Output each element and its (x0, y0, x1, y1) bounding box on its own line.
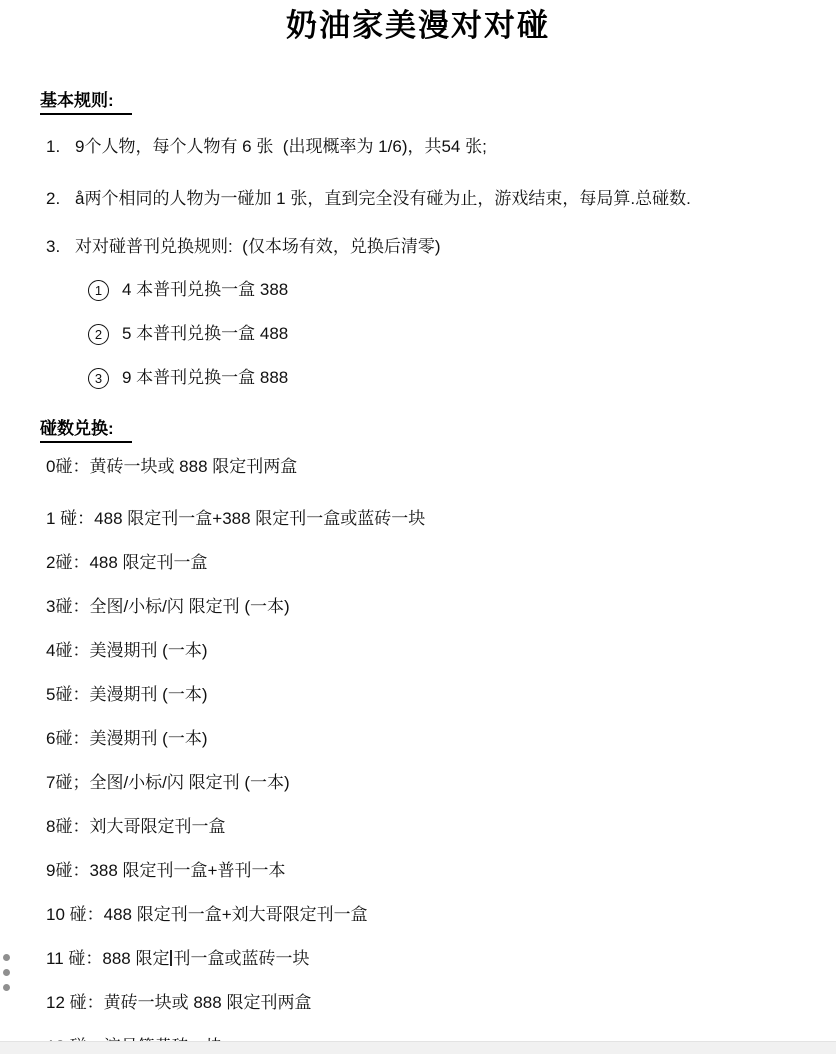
sub-item-text: 4 本普刊兑换一盒 388 (122, 278, 288, 302)
basic-rule-item-3: 3. 对对碰普刊兑换规则: (仅本场有效，兑换后清零) (46, 236, 836, 258)
bump-row-0: 0碰：黄砖一块或 888 限定刊两盒 (46, 456, 836, 478)
bump-row-10: 10 碰：488 限定刊一盒+刘大哥限定刊一盒 (46, 904, 836, 926)
bump-row-text: 10 碰：488 限定刊一盒+刘大哥限定刊一盒 (46, 905, 368, 924)
bump-row-text: 3碰：全图/小标/闪 限定刊 (一本) (46, 597, 290, 616)
bump-row-3: 3碰：全图/小标/闪 限定刊 (一本) (46, 596, 836, 618)
section-heading-bump-exchange-label: 碰数兑换: (40, 418, 132, 443)
bump-row-text-after-caret: 刊一盒或蓝砖一块 (173, 949, 309, 968)
bump-row-text-before-caret: 11 碰：888 限定 (46, 949, 169, 968)
page-bottom-edge (0, 1041, 836, 1054)
list-number: 3. (46, 236, 75, 258)
drag-handle-dot (3, 969, 10, 976)
bump-row-text: 7碰；全图/小标/闪 限定刊 (一本) (46, 773, 290, 792)
bump-row-text: 0碰：黄砖一块或 888 限定刊两盒 (46, 457, 297, 476)
list-item-text: 9个人物，每个人物有 6 张 (出现概率为 1/6)，共54 张; (75, 136, 487, 158)
list-number: 1. (46, 136, 75, 158)
page-title: 奶油家美漫对对碰 (0, 0, 836, 48)
list-item-text: å两个相同的人物为一碰加 1 张，直到完全没有碰为止，游戏结束，每局算.总碰数. (75, 188, 691, 210)
exchange-sub-item-2: 2 5 本普刊兑换一盒 488 (88, 322, 836, 346)
bump-row-4: 4碰：美漫期刊 (一本) (46, 640, 836, 662)
sub-item-text: 5 本普刊兑换一盒 488 (122, 322, 288, 346)
bump-row-6: 6碰：美漫期刊 (一本) (46, 728, 836, 750)
bump-row-text: 4碰：美漫期刊 (一本) (46, 641, 208, 660)
bump-row-text: 9碰：388 限定刊一盒+普刊一本 (46, 861, 285, 880)
bump-row-text: 12 碰：黄砖一块或 888 限定刊两盒 (46, 993, 311, 1012)
exchange-sub-item-1: 1 4 本普刊兑换一盒 388 (88, 278, 836, 302)
circled-number-icon: 2 (88, 324, 109, 345)
bump-row-11: 11 碰：888 限定刊一盒或蓝砖一块 (46, 948, 836, 970)
drag-handle-dot (3, 954, 10, 961)
basic-rule-item-1: 1. 9个人物，每个人物有 6 张 (出现概率为 1/6)，共54 张; (46, 136, 836, 158)
bump-row-5: 5碰：美漫期刊 (一本) (46, 684, 836, 706)
sub-item-text: 9 本普刊兑换一盒 888 (122, 366, 288, 390)
document-page: 奶油家美漫对对碰 基本规则: 1. 9个人物，每个人物有 6 张 (出现概率为 … (0, 0, 836, 1054)
bump-row-7: 7碰；全图/小标/闪 限定刊 (一本) (46, 772, 836, 794)
exchange-sub-item-3: 3 9 本普刊兑换一盒 888 (88, 366, 836, 390)
drag-handle-dot (3, 984, 10, 991)
bump-row-12: 12 碰：黄砖一块或 888 限定刊两盒 (46, 992, 836, 1014)
bump-row-text: 2碰：488 限定刊一盒 (46, 553, 208, 572)
bump-row-8: 8碰：刘大哥限定刊一盒 (46, 816, 836, 838)
list-number: 2. (46, 188, 75, 210)
bump-row-1: 1 碰：488 限定刊一盒+388 限定刊一盒或蓝砖一块 (46, 508, 836, 530)
circled-number-icon: 3 (88, 368, 109, 389)
drag-handle-dots[interactable] (3, 954, 13, 991)
circled-number-icon: 1 (88, 280, 109, 301)
section-heading-basic-rules-label: 基本规则: (40, 90, 132, 115)
bump-row-text: 8碰：刘大哥限定刊一盒 (46, 817, 225, 836)
bump-row-2: 2碰：488 限定刊一盒 (46, 552, 836, 574)
list-item-text: 对对碰普刊兑换规则: (仅本场有效，兑换后清零) (75, 236, 441, 258)
bump-row-9: 9碰：388 限定刊一盒+普刊一本 (46, 860, 836, 882)
bump-row-text: 5碰：美漫期刊 (一本) (46, 685, 208, 704)
bump-row-text: 6碰：美漫期刊 (一本) (46, 729, 208, 748)
section-heading-basic-rules: 基本规则: (40, 90, 836, 115)
section-heading-bump-exchange: 碰数兑换: (40, 418, 836, 443)
bump-row-text: 1 碰：488 限定刊一盒+388 限定刊一盒或蓝砖一块 (46, 509, 425, 528)
basic-rule-item-2: 2. å两个相同的人物为一碰加 1 张，直到完全没有碰为止，游戏结束，每局算.总… (46, 188, 836, 210)
